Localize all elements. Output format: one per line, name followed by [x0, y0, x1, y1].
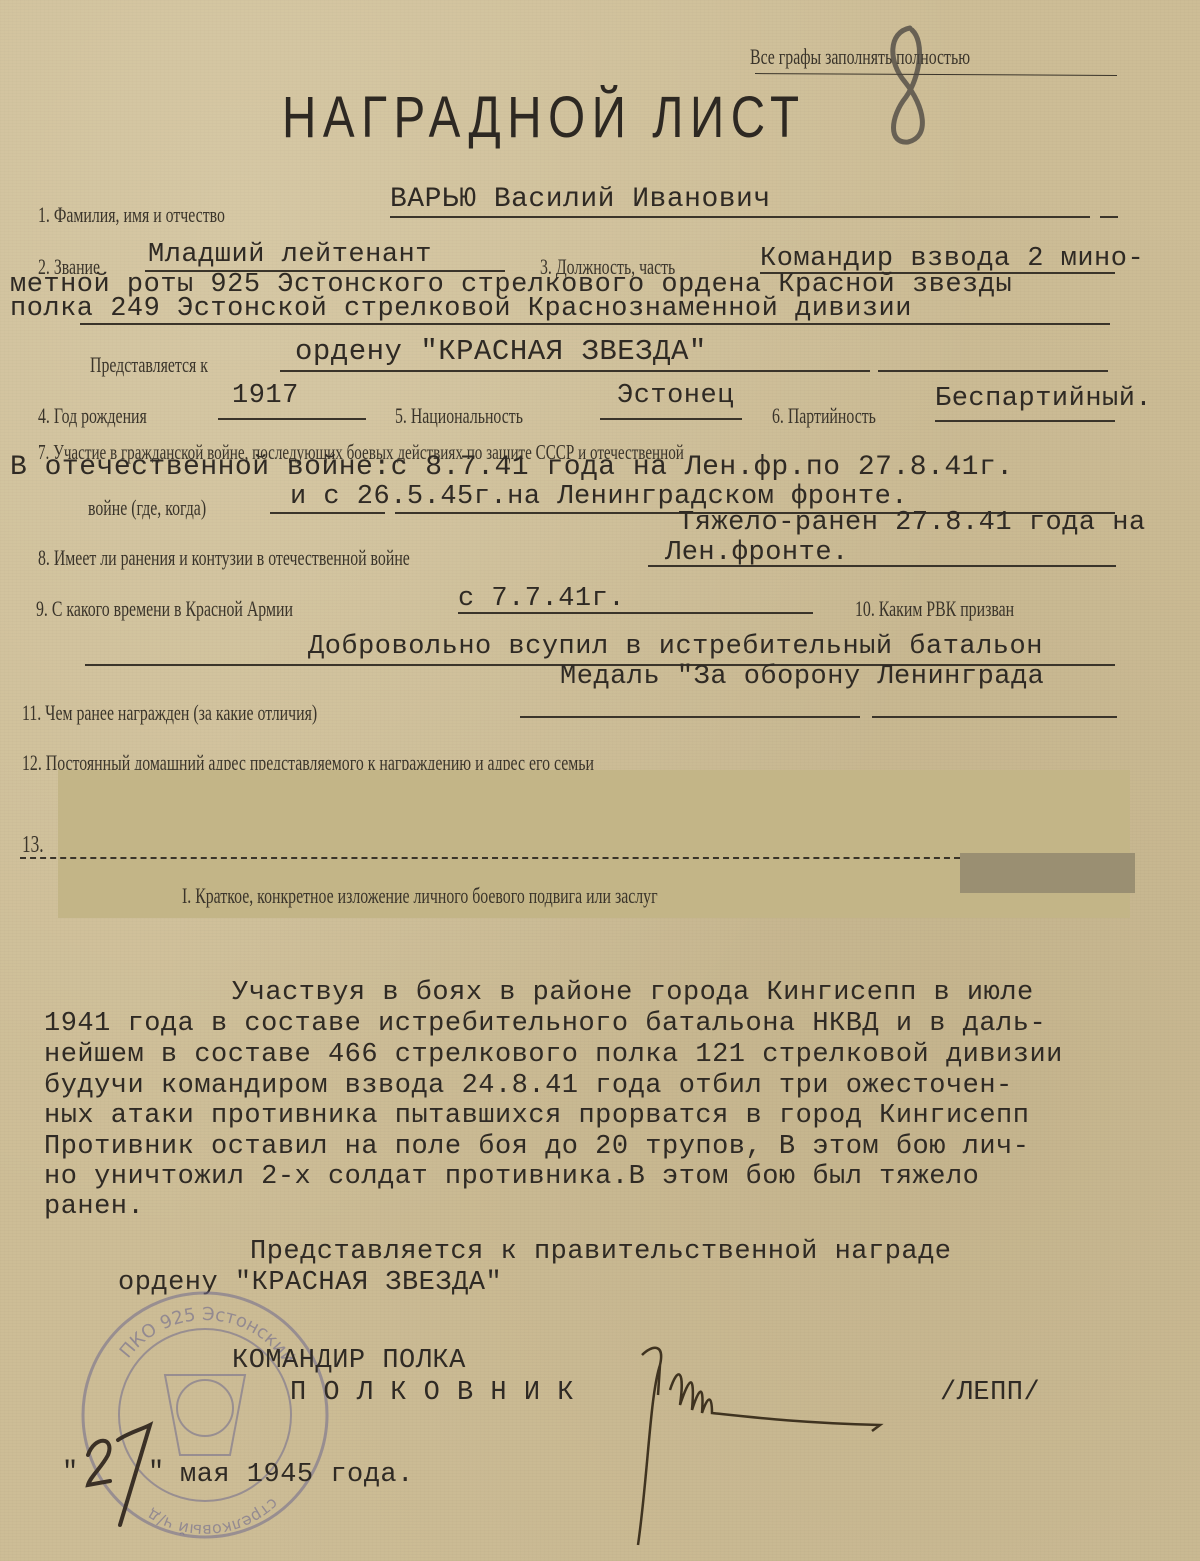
date-day: 27 [80, 1415, 82, 1416]
field-8-value-line2: Лен.фронте. [665, 538, 849, 568]
field-11-label: 11. Чем ранее награжден (за какие отличи… [22, 700, 317, 726]
commander-name: /ЛЕПП/ [940, 1378, 1040, 1408]
merit-line: ранен. [44, 1192, 144, 1222]
redacted-block [960, 853, 1135, 893]
field-3-value-line3: полка 249 Эстонской стрелковой Краснозна… [10, 294, 912, 324]
field-7-value-line1: В отечественной войне:с 8.7.41 года на Л… [10, 452, 1014, 483]
field-2-value: Младший лейтенант [148, 240, 432, 270]
conclusion-line1: Представляется к правительственной награ… [250, 1237, 952, 1267]
field-8-label: 8. Имеет ли ранения и контузии в отечест… [38, 545, 410, 571]
date-open-quote: " [62, 1458, 79, 1488]
field-11-underline-2 [872, 716, 1117, 718]
merit-line: но уничтожил 2-х солдат противника.В это… [44, 1162, 979, 1192]
merit-line: 1941 года в составе истребительного бата… [44, 1009, 1046, 1039]
merit-line: ных атаки противника пытавшихся прорватс… [44, 1101, 1029, 1131]
field-9-underline [458, 612, 813, 614]
nominated-value: ордену "КРАСНАЯ ЗВЕЗДА" [295, 335, 707, 368]
field-13-underline [20, 857, 960, 859]
date-close-quote: " [148, 1458, 165, 1488]
field-10-label: 10. Каким РВК призван [855, 596, 1014, 622]
field-11-underline [520, 716, 860, 718]
field-4-label: 4. Год рождения [38, 403, 147, 429]
commander-position: КОМАНДИР ПОЛКА [232, 1346, 466, 1376]
field-9-value: с 7.7.41г. [458, 584, 625, 614]
field-6-value: Беспартийный. [935, 384, 1152, 414]
field-1-underline [390, 216, 1090, 218]
nominated-underline [280, 370, 870, 372]
field-6-underline [935, 420, 1115, 422]
field-8-value-line1: Тяжело-ранен 27.8.41 года на [678, 508, 1146, 538]
date-rest: мая 1945 года. [180, 1460, 414, 1490]
merit-line: Противник оставил на поле боя до 20 труп… [44, 1132, 1029, 1162]
document-title: НАГРАДНОЙ ЛИСТ [282, 84, 806, 151]
commander-rank: П О Л К О В Н И К [290, 1378, 574, 1408]
field-6-label: 6. Партийность [772, 403, 876, 429]
merit-line: нейшем в составе 466 стрелкового полка 1… [44, 1040, 1063, 1070]
field-4-underline [218, 418, 366, 420]
handwritten-number-8 [870, 22, 950, 152]
merit-line: будучи командиром взвода 24.8.41 года от… [44, 1071, 1013, 1101]
field-5-label: 5. Национальность [395, 403, 523, 429]
field-3-underline-2 [80, 323, 1110, 325]
field-9-label: 9. С какого времени в Красной Армии [36, 596, 293, 622]
field-10-value: Добровольно всупил в истребительный бата… [308, 632, 1043, 662]
nominated-underline-2 [878, 370, 1108, 372]
field-4-value: 1917 [232, 381, 299, 411]
commander-signature [630, 1335, 890, 1555]
field-8-underline [648, 565, 1116, 567]
field-7-label-line2: войне (где, когда) [88, 495, 206, 521]
field-5-underline [600, 418, 742, 420]
merit-line: Участвуя в боях в районе города Кингисеп… [232, 978, 1034, 1008]
field-1-value: ВАРЬЮ Василий Иванович [390, 184, 771, 215]
field-5-value: Эстонец [617, 381, 734, 411]
field-1-label: 1. Фамилия, имя и отчество [38, 202, 225, 228]
underline-dash [1100, 216, 1118, 218]
section-heading: I. Краткое, конкретное изложение личного… [182, 883, 658, 909]
field-7-underline [270, 512, 385, 514]
field-13-label: 13. [22, 832, 44, 859]
field-11-value: Медаль "За оборону Ленинграда [560, 662, 1044, 692]
nominated-label: Представляется к [90, 352, 208, 378]
